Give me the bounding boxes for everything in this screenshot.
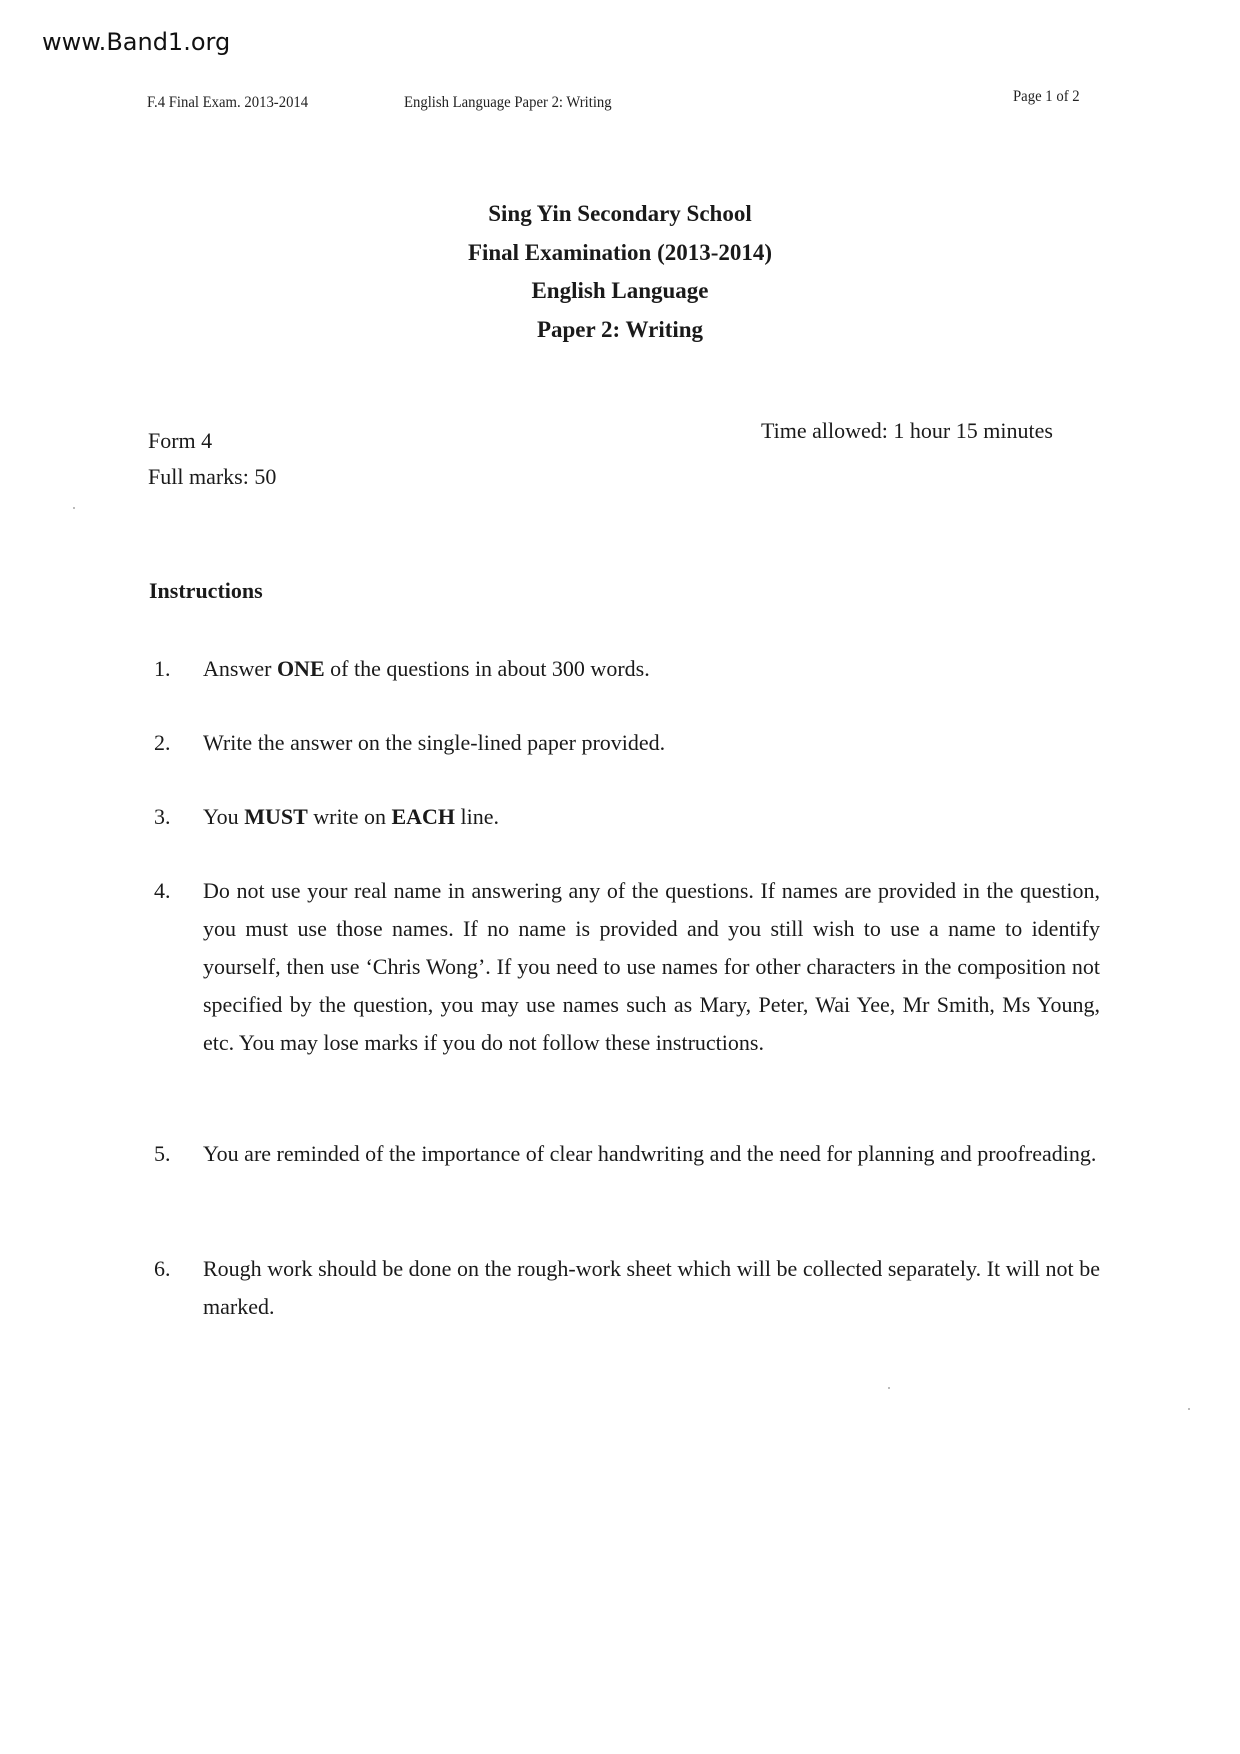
scan-speck [1188, 1408, 1190, 1410]
paper-name: Paper 2: Writing [0, 311, 1240, 350]
item-number: 2. [154, 724, 171, 762]
item-number: 3. [154, 798, 171, 836]
running-header-exam: F.4 Final Exam. 2013-2014 [147, 94, 308, 112]
item-number: 4. [154, 872, 171, 910]
instructions-heading: Instructions [149, 578, 263, 604]
form-level: Form 4 [148, 428, 212, 454]
full-marks: Full marks: 50 [148, 464, 276, 490]
item-text: You MUST write on EACH line. [203, 798, 1100, 836]
instruction-item: 4. Do not use your real name in answerin… [150, 872, 1100, 1062]
item-number: 1. [154, 650, 171, 688]
item-text: Do not use your real name in answering a… [203, 872, 1100, 1062]
time-allowed: Time allowed: 1 hour 15 minutes [761, 418, 1053, 444]
instruction-item: 1. Answer ONE of the questions in about … [150, 650, 1100, 688]
scan-speck [73, 507, 75, 509]
title-block: Sing Yin Secondary School Final Examinat… [0, 195, 1240, 349]
instruction-item: 2. Write the answer on the single-lined … [150, 724, 1100, 762]
instruction-item: 6. Rough work should be done on the roug… [150, 1250, 1100, 1326]
item-text: You are reminded of the importance of cl… [203, 1135, 1100, 1173]
item-number: 6. [154, 1250, 171, 1288]
school-name: Sing Yin Secondary School [0, 195, 1240, 234]
item-text: Rough work should be done on the rough-w… [203, 1250, 1100, 1326]
exam-name: Final Examination (2013-2014) [0, 234, 1240, 273]
item-text: Write the answer on the single-lined pap… [203, 724, 1100, 762]
instruction-item: 3. You MUST write on EACH line. [150, 798, 1100, 836]
item-number: 5. [154, 1135, 171, 1173]
item-text: Answer ONE of the questions in about 300… [203, 650, 1100, 688]
running-header-paper: English Language Paper 2: Writing [404, 94, 612, 112]
scan-speck [888, 1387, 890, 1389]
instruction-item: 5. You are reminded of the importance of… [150, 1135, 1100, 1173]
subject-name: English Language [0, 272, 1240, 311]
page-number: Page 1 of 2 [1013, 88, 1080, 106]
watermark: www.Band1.org [42, 28, 230, 56]
